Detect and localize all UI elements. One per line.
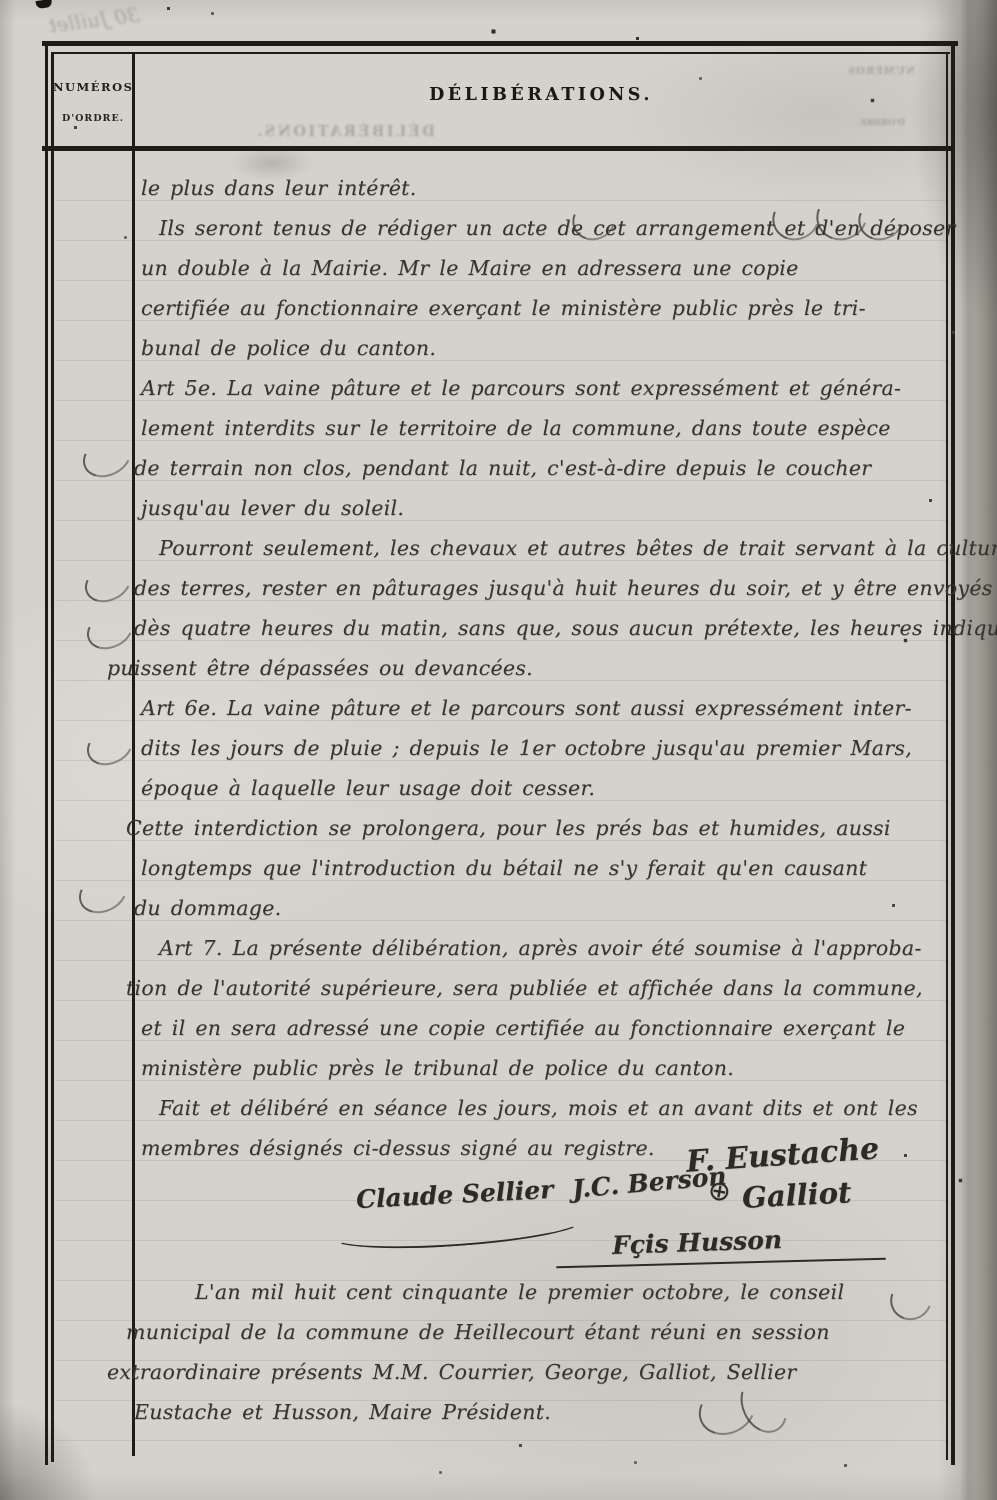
- handwritten-line: un double à la Mairie. Mr le Maire en ad…: [141, 248, 953, 288]
- handwritten-line: du dommage.: [134, 888, 953, 928]
- frame-top-inner-rule: [54, 52, 950, 54]
- handwritten-line: Fait et délibéré en séance les jours, mo…: [141, 1088, 953, 1128]
- handwritten-line: Cette interdiction se prolongera, pour l…: [126, 808, 953, 848]
- paper-smudge: [36, 0, 53, 9]
- handwritten-line: municipal de la commune de Heillecourt é…: [126, 1312, 953, 1352]
- handwritten-line: Art 6e. La vaine pâture et le parcours s…: [141, 688, 953, 728]
- handwritten-line: longtemps que l'introduction du bétail n…: [141, 848, 953, 888]
- handwritten-line: Art 7. La présente délibération, après a…: [141, 928, 953, 968]
- bleedthrough-handwriting-date: 30 Juillet: [47, 2, 141, 37]
- frame-left-outer-rule: [45, 41, 48, 1465]
- frame-top-outer-rule: [42, 41, 958, 46]
- handwritten-line: Eustache et Husson, Maire Président.: [134, 1392, 953, 1432]
- bleedthrough-dordre: D'ORDRE.: [852, 118, 910, 128]
- paper-specks: [0, 0, 1, 1]
- handwritten-line: époque à laquelle leur usage doit cesser…: [141, 768, 953, 808]
- handwritten-line: puissent être dépassées ou devancées.: [107, 648, 953, 688]
- handwritten-line: jusqu'au lever du soleil.: [141, 488, 953, 528]
- bleedthrough-title: DÉLIBÉRATIONS.: [225, 123, 465, 140]
- handwritten-line: lement interdits sur le territoire de la…: [141, 408, 953, 448]
- frame-left-inner-rule: [51, 52, 54, 1462]
- handwritten-line: de terrain non clos, pendant la nuit, c'…: [134, 448, 953, 488]
- handwritten-line: tion de l'autorité supérieure, sera publ…: [126, 968, 953, 1008]
- handwritten-line: certifiée au fonctionnaire exerçant le m…: [141, 288, 953, 328]
- page-title: DÉLIBÉRATIONS.: [135, 85, 947, 105]
- handwritten-line: et il en sera adressé une copie certifié…: [141, 1008, 953, 1048]
- header-divider-rule: [42, 146, 955, 151]
- order-column-header-line2: D'ORDRE.: [53, 113, 133, 124]
- register-page: 30 Juillet DÉLIBÉRATIONS. NUMÉROS D'ORDR…: [0, 0, 997, 1500]
- handwritten-line: Art 5e. La vaine pâture et le parcours s…: [141, 368, 953, 408]
- handwritten-line: Pourront seulement, les chevaux et autre…: [141, 528, 953, 568]
- handwritten-line: L'an mil huit cent cinquante le premier …: [141, 1272, 953, 1312]
- order-column-divider: [132, 52, 135, 1456]
- handwritten-line: bunal de police du canton.: [141, 328, 953, 368]
- signature-galliot: Galliot: [741, 1175, 852, 1215]
- handwritten-line: des terres, rester en pâturages jusqu'à …: [134, 568, 953, 608]
- order-column-header-line1: NUMÉROS: [53, 80, 133, 94]
- closing-paragraph: L'an mil huit cent cinquante le premier …: [141, 1272, 953, 1432]
- signature-husson: Fçis Husson: [612, 1225, 783, 1260]
- handwritten-line: extraordinaire présents M.M. Courrier, G…: [107, 1352, 953, 1392]
- handwritten-line: ministère public près le tribunal de pol…: [141, 1048, 953, 1088]
- handwritten-line: dits les jours de pluie ; depuis le 1er …: [141, 728, 953, 768]
- handwritten-line: dès quatre heures du matin, sans que, so…: [134, 608, 953, 648]
- bleedthrough-numeros: NUMÉROS: [845, 66, 917, 77]
- deliberation-body: le plus dans leur intérêt. Ils seront te…: [141, 168, 953, 1168]
